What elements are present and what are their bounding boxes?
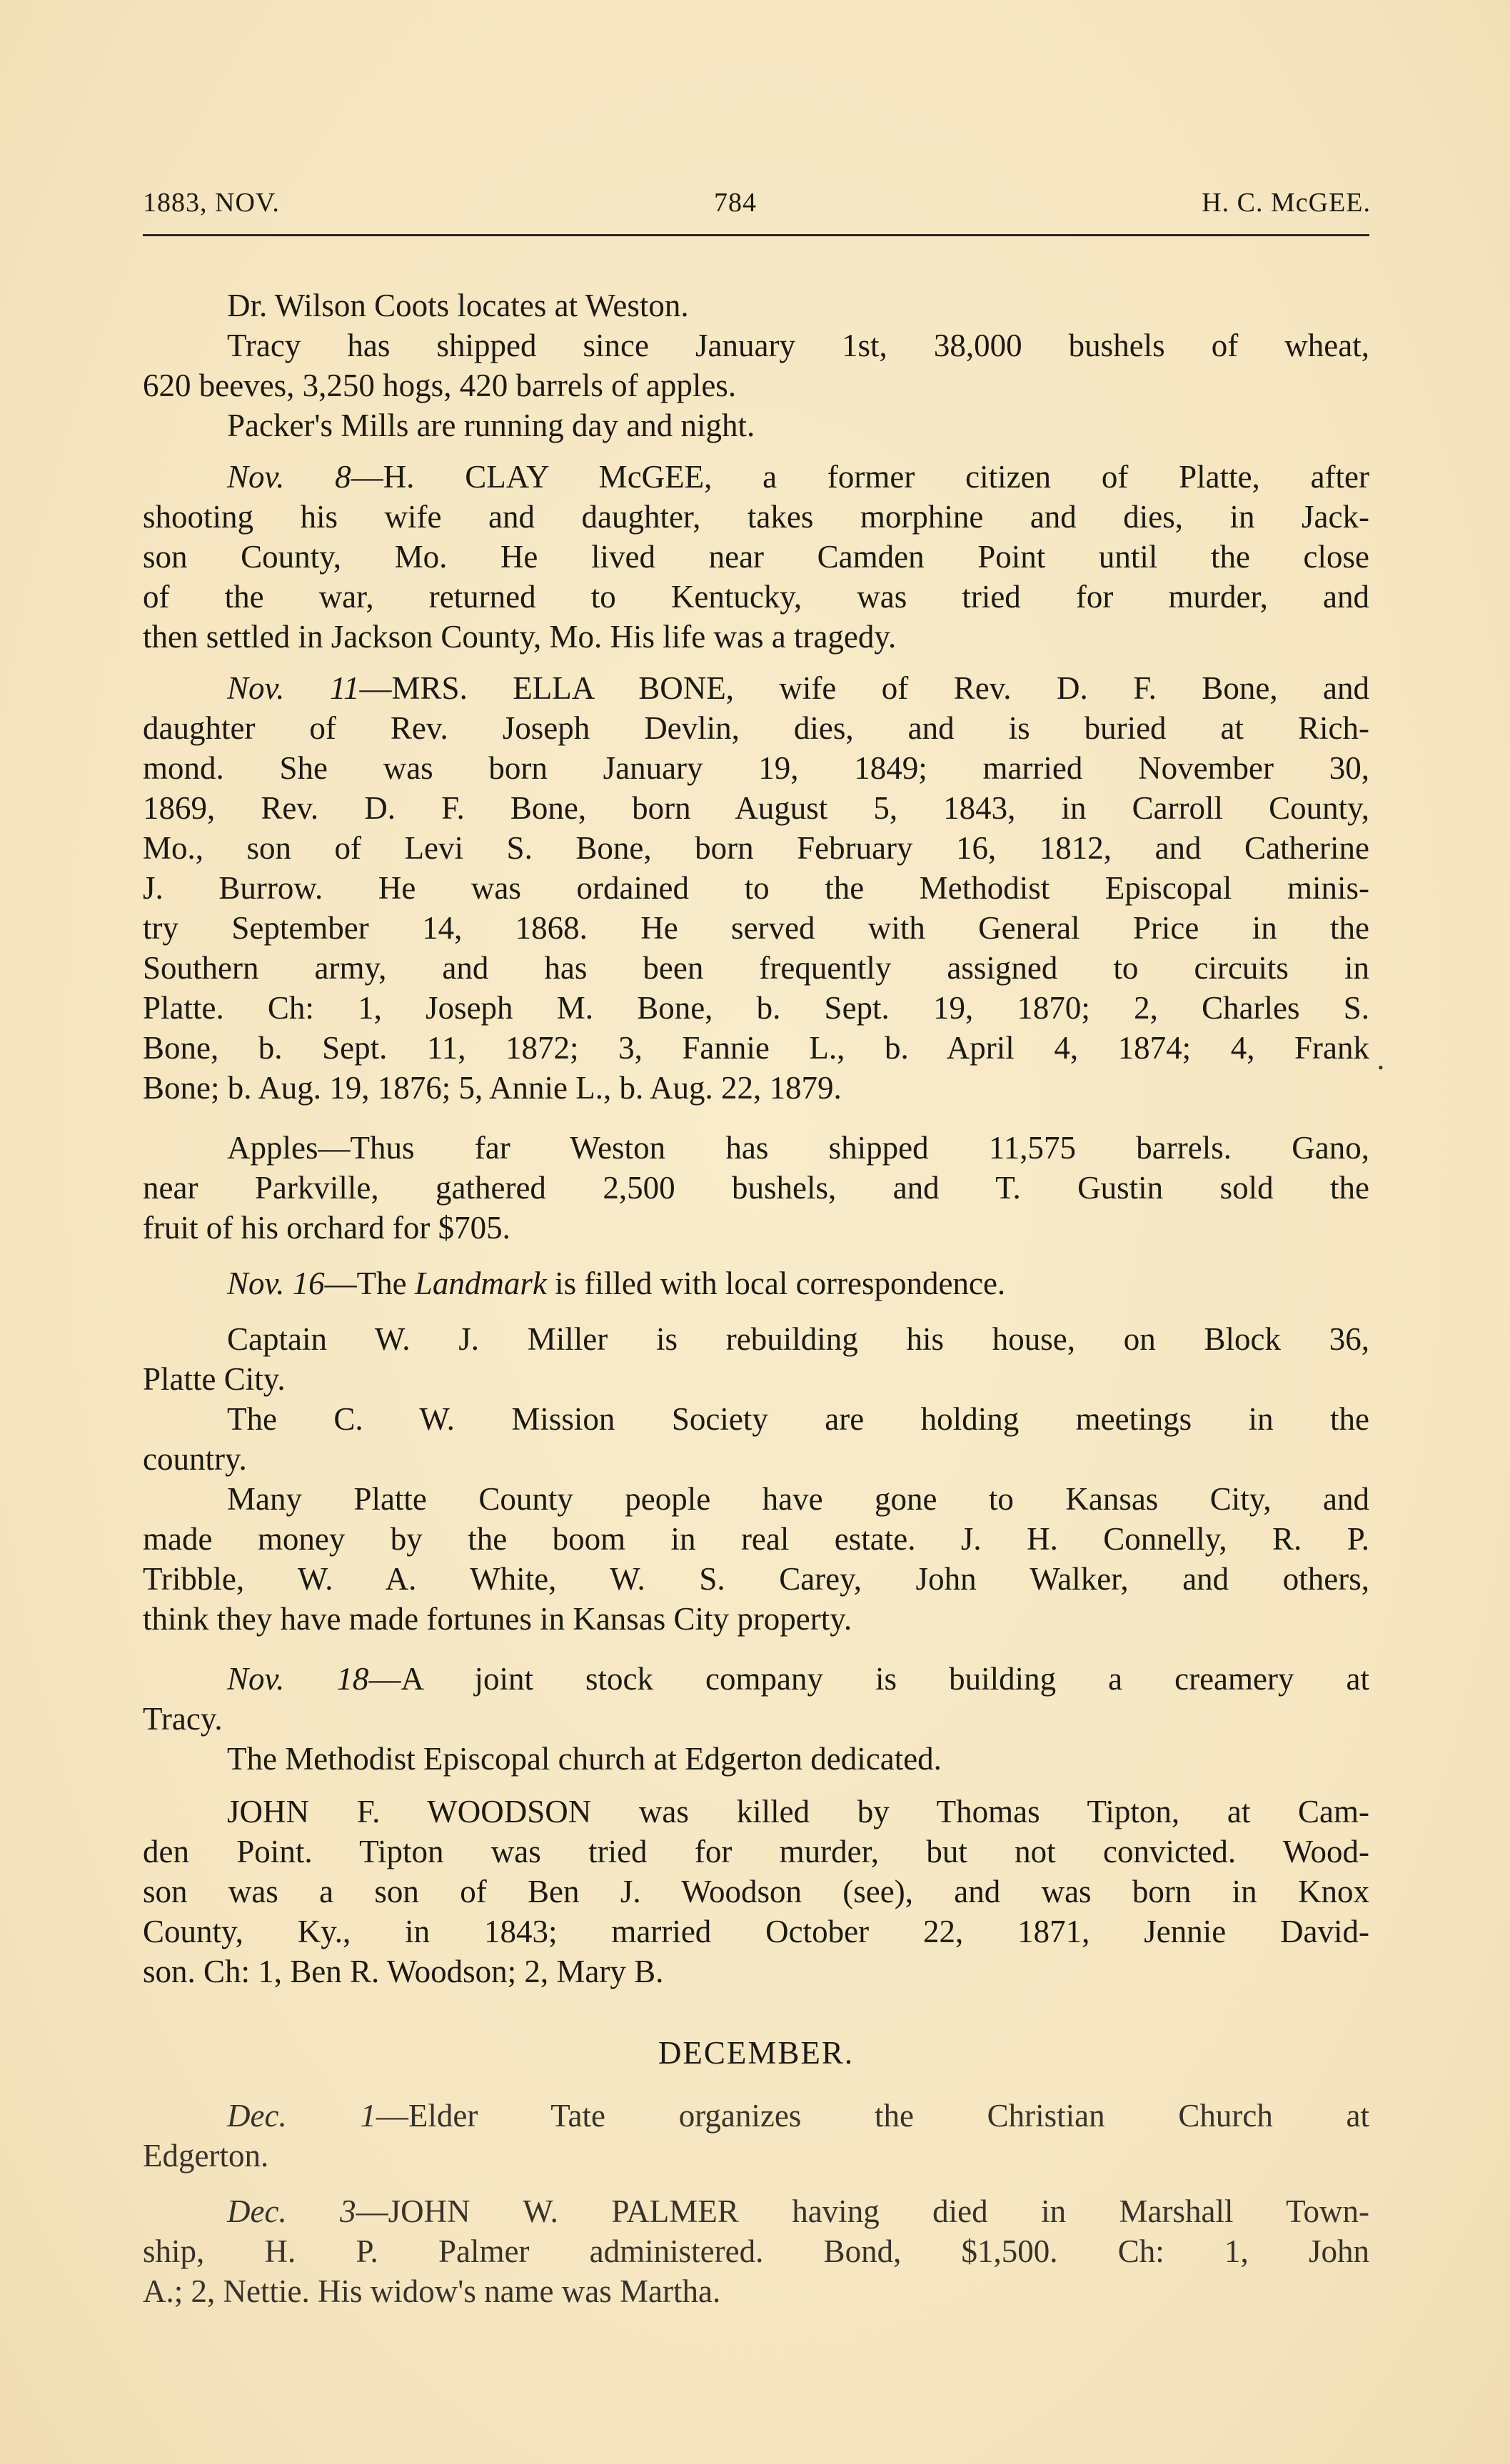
paragraph-miller-line: Platte City.	[143, 1359, 1369, 1399]
header-author: H. C. McGEE.	[1202, 187, 1371, 218]
entry-nov18-line: Tracy.	[143, 1699, 1369, 1739]
entry-nov16: Nov. 16—The Landmark is filled with loca…	[143, 1263, 1369, 1303]
paragraph-kc-line: think they have made fortunes in Kansas …	[143, 1599, 1369, 1639]
entry-nov11-line: Nov. 11—MRS. ELLA BONE, wife of Rev. D. …	[143, 668, 1369, 708]
entry-nov11-line: Mo., son of Levi S. Bone, born February …	[143, 828, 1369, 868]
entry-nov8-line: of the war, returned to Kentucky, was tr…	[143, 577, 1369, 617]
entry-nov18-line: Nov. 18—A joint stock company is buildin…	[143, 1659, 1369, 1699]
entry-nov11-line: Bone, b. Sept. 11, 1872; 3, Fannie L., b…	[143, 1028, 1369, 1068]
newspaper-title: Landmark	[415, 1266, 547, 1301]
entry-dec1-line: Dec. 1—Elder Tate organizes the Christia…	[143, 2096, 1369, 2136]
section-heading-december: DECEMBER.	[143, 2034, 1369, 2071]
margin-mark: •	[1378, 1059, 1384, 1077]
paragraph-packer: Packer's Mills are running day and night…	[143, 405, 1369, 445]
entry-nov8-line: shooting his wife and daughter, takes mo…	[143, 497, 1369, 537]
entry-nov11-line: 1869, Rev. D. F. Bone, born August 5, 18…	[143, 788, 1369, 828]
entry-nov11-line: Southern army, and has been frequently a…	[143, 948, 1369, 988]
header-date: 1883, NOV.	[143, 187, 280, 218]
entry-date: Nov. 11	[227, 670, 360, 706]
entry-dec3-line: A.; 2, Nettie. His widow's name was Mart…	[143, 2271, 1369, 2311]
header-rule	[143, 234, 1369, 236]
paragraph-woodson-line: County, Ky., in 1843; married October 22…	[143, 1912, 1369, 1951]
entry-date: Nov. 18	[227, 1661, 368, 1697]
paragraph-kc-line: made money by the boom in real estate. J…	[143, 1519, 1369, 1559]
entry-nov11-line: J. Burrow. He was ordained to the Method…	[143, 868, 1369, 908]
paragraph-mission-line: The C. W. Mission Society are holding me…	[143, 1399, 1369, 1439]
book-page: 1883, NOV. 784 H. C. McGEE. Dr. Wilson C…	[0, 0, 1510, 2464]
entry-date: Nov. 8	[227, 459, 351, 495]
paragraph-woodson-line: JOHN F. WOODSON was killed by Thomas Tip…	[143, 1792, 1369, 1832]
paragraph-woodson-line: den Point. Tipton was tried for murder, …	[143, 1832, 1369, 1872]
paragraph-apples-line: near Parkville, gathered 2,500 bushels, …	[143, 1168, 1369, 1208]
entry-nov11-line: Platte. Ch: 1, Joseph M. Bone, b. Sept. …	[143, 988, 1369, 1028]
entry-dec3-line: ship, H. P. Palmer administered. Bond, $…	[143, 2231, 1369, 2271]
entry-nov8-line: then settled in Jackson County, Mo. His …	[143, 617, 1369, 657]
paragraph-mission-line: country.	[143, 1439, 1369, 1479]
entry-dec3-line: Dec. 3—JOHN W. PALMER having died in Mar…	[143, 2191, 1369, 2231]
paragraph-apples-line: fruit of his orchard for $705.	[143, 1208, 1369, 1248]
entry-nov11-line: mond. She was born January 19, 1849; mar…	[143, 748, 1369, 788]
paragraph-woodson-line: son was a son of Ben J. Woodson (see), a…	[143, 1872, 1369, 1912]
entry-dec1-line: Edgerton.	[143, 2136, 1369, 2176]
paragraph-apples-line: Apples—Thus far Weston has shipped 11,57…	[143, 1128, 1369, 1168]
entry-nov8-line: son County, Mo. He lived near Camden Poi…	[143, 537, 1369, 577]
entry-date: Dec. 3	[227, 2193, 356, 2229]
page-number: 784	[714, 187, 757, 218]
paragraph-tracy-line: Tracy has shipped since January 1st, 38,…	[143, 325, 1369, 365]
paragraph-kc-line: Tribble, W. A. White, W. S. Carey, John …	[143, 1559, 1369, 1599]
paragraph-miller-line: Captain W. J. Miller is rebuilding his h…	[143, 1319, 1369, 1359]
paragraph-tracy-line: 620 beeves, 3,250 hogs, 420 barrels of a…	[143, 365, 1369, 405]
paragraph-woodson-line: son. Ch: 1, Ben R. Woodson; 2, Mary B.	[143, 1951, 1369, 1991]
entry-date: Nov. 16	[227, 1266, 325, 1301]
entry-nov11-line: Bone; b. Aug. 19, 1876; 5, Annie L., b. …	[143, 1068, 1369, 1108]
paragraph-kc-line: Many Platte County people have gone to K…	[143, 1479, 1369, 1519]
entry-nov11-line: daughter of Rev. Joseph Devlin, dies, an…	[143, 708, 1369, 748]
entry-nov11-line: try September 14, 1868. He served with G…	[143, 908, 1369, 948]
entry-date: Dec. 1	[227, 2098, 376, 2134]
paragraph-edgerton: The Methodist Episcopal church at Edgert…	[143, 1739, 1369, 1779]
paragraph-coots: Dr. Wilson Coots locates at Weston.	[143, 286, 1369, 325]
entry-nov8-line: Nov. 8—H. CLAY McGEE, a former citizen o…	[143, 457, 1369, 497]
